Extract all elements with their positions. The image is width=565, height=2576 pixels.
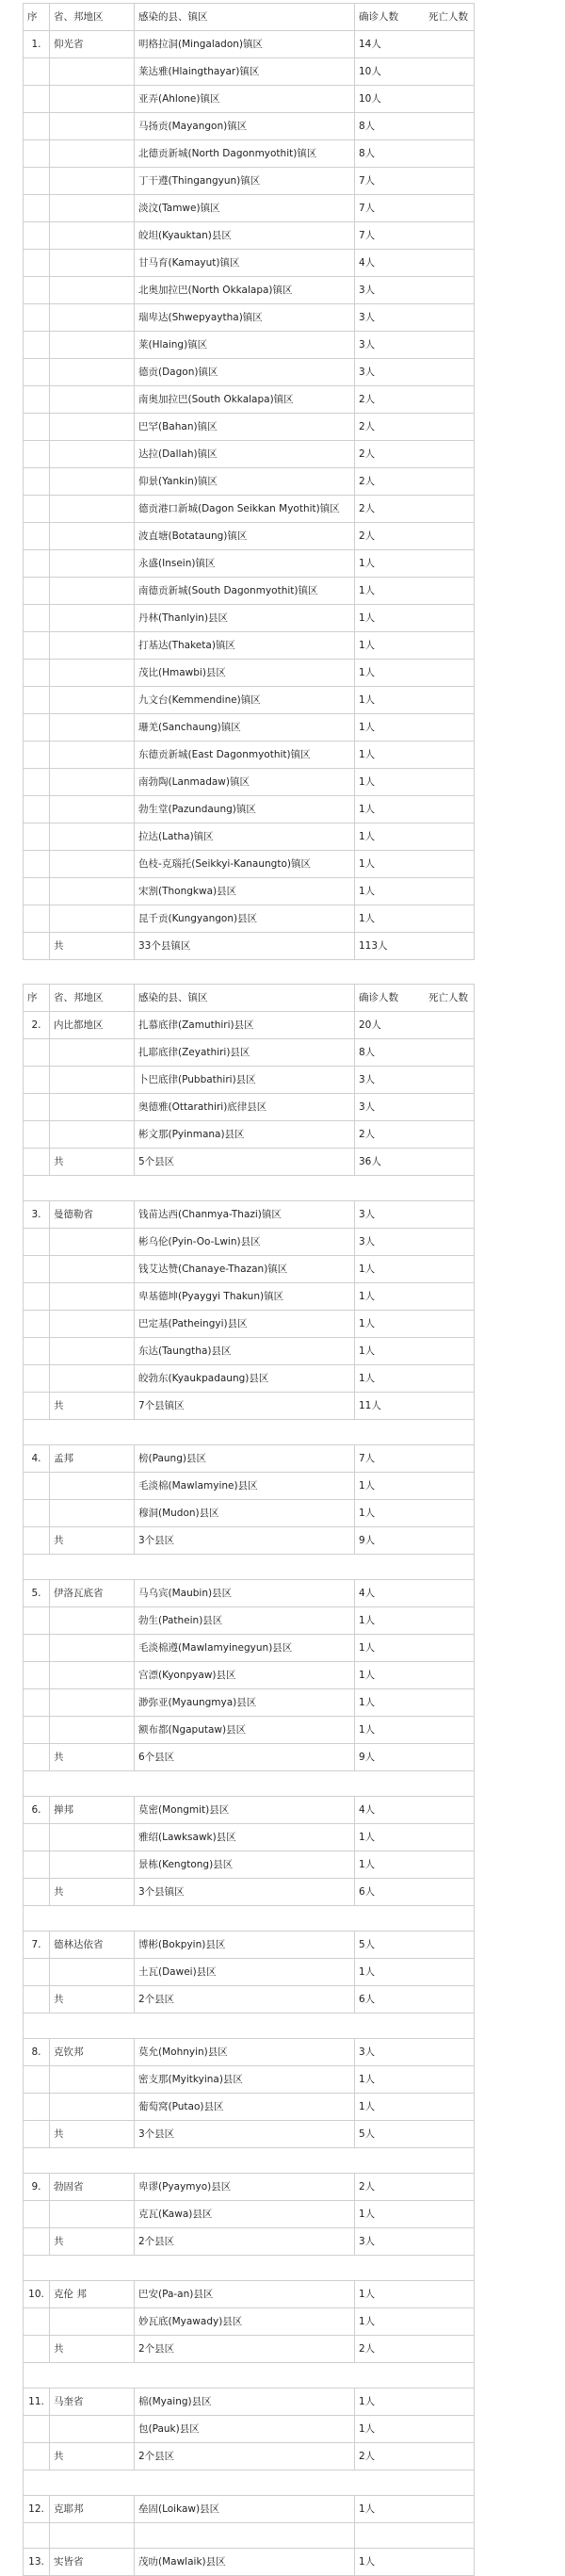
confirmed-cell: 3人 <box>355 277 475 304</box>
table-row: 土瓦(Dawei)县区1人 <box>24 1959 475 1986</box>
region-cell <box>50 332 135 359</box>
seq-cell <box>24 605 50 632</box>
seq-cell <box>24 1393 50 1420</box>
table-row: 拉达(Latha)镇区1人 <box>24 823 475 851</box>
seq-cell <box>24 250 50 277</box>
table-row: 12.克耶邦垒固(Loikaw)县区1人 <box>24 2496 475 2523</box>
total-row: 共33个县镇区113人 <box>24 933 475 960</box>
confirmed-cell: 1人 <box>355 1689 475 1717</box>
region-cell <box>50 222 135 250</box>
spacer-row <box>24 1771 475 1797</box>
district-cell: 昆千贡(Kungyangon)县区 <box>135 905 355 933</box>
spacer-cell <box>24 1555 475 1580</box>
total-label: 共 <box>50 1744 135 1771</box>
district-cell: 奥德雅(Ottarathiri)底律县区 <box>135 1094 355 1121</box>
seq-cell <box>24 140 50 168</box>
confirmed-cell: 1人 <box>355 2308 475 2336</box>
confirmed-cell: 1人 <box>355 1256 475 1283</box>
seq-cell <box>24 2066 50 2094</box>
table-row: 卑基德坤(Pyaygyi Thakun)镇区1人 <box>24 1283 475 1311</box>
seq-cell <box>24 1338 50 1365</box>
table-row: 3.曼德勒省钱苗达西(Chanmya-Thazi)镇区3人 <box>24 1201 475 1229</box>
seq-cell: 9. <box>24 2174 50 2201</box>
table-row: 1.仰光省明格拉洞(Mingaladon)镇区14人 <box>24 31 475 58</box>
seq-cell <box>24 58 50 86</box>
total-confirmed: 5人 <box>355 2121 475 2148</box>
table-row: 妙瓦底(Myawady)县区1人 <box>24 2308 475 2336</box>
total-confirmed: 11人 <box>355 1393 475 1420</box>
confirmed-cell: 3人 <box>355 1067 475 1094</box>
region-cell <box>50 1851 135 1879</box>
seq-cell: 13. <box>24 2549 50 2576</box>
seq-cell: 6. <box>24 1797 50 1824</box>
district-cell: 棉(Myaing)县区 <box>135 2389 355 2416</box>
total-label: 共 <box>50 1149 135 1176</box>
table-row: 卜巴底律(Pubbathiri)县区3人 <box>24 1067 475 1094</box>
confirmed-cell: 7人 <box>355 1445 475 1473</box>
confirmed-cell: 1人 <box>355 1717 475 1744</box>
seq-cell: 2. <box>24 1012 50 1039</box>
regions-table: 序 省、邦地区 感染的县、镇区 确诊人数 死亡人数 2.内比都地区扎慕底律(Za… <box>23 984 475 2576</box>
total-districts: 2个县区 <box>135 2336 355 2363</box>
table-row: 德贡(Dagon)镇区3人 <box>24 359 475 386</box>
seq-cell <box>24 2094 50 2121</box>
district-cell: 钱艾达赞(Chanaye-Thazan)镇区 <box>135 1256 355 1283</box>
district-cell: 克瓦(Kawa)县区 <box>135 2201 355 2228</box>
seq-cell <box>24 1149 50 1176</box>
confirmed-cell: 1人 <box>355 714 475 742</box>
confirmed-cell: 1人 <box>355 2066 475 2094</box>
seq-cell <box>24 468 50 496</box>
table-row: 穆洞(Mudon)县区1人 <box>24 1500 475 1527</box>
district-cell: 彬乌伦(Pyin-Oo-Lwin)县区 <box>135 1229 355 1256</box>
region-cell <box>50 386 135 414</box>
seq-cell <box>24 386 50 414</box>
district-cell: 打基达(Thaketa)镇区 <box>135 632 355 660</box>
district-cell: 茂叻(Mawlaik)县区 <box>135 2549 355 2576</box>
district-cell: 马乌宾(Maubin)县区 <box>135 1580 355 1607</box>
table-row: 淡汶(Tamwe)镇区7人 <box>24 195 475 222</box>
confirmed-cell: 3人 <box>355 1201 475 1229</box>
total-districts: 2个县区 <box>135 2228 355 2256</box>
header-counts: 确诊人数 死亡人数 <box>355 4 475 31</box>
region-cell: 实皆省 <box>50 2549 135 2576</box>
total-label: 共 <box>50 933 135 960</box>
confirmed-cell: 1人 <box>355 1824 475 1851</box>
district-cell: 包(Pauk)县区 <box>135 2416 355 2443</box>
table-row: 仰景(Yankin)镇区2人 <box>24 468 475 496</box>
region-cell <box>50 113 135 140</box>
table-row: 宫漂(Kyonpyaw)县区1人 <box>24 1662 475 1689</box>
seq-cell: 10. <box>24 2281 50 2308</box>
seq-cell <box>24 1689 50 1717</box>
seq-cell <box>24 1500 50 1527</box>
spacer-row <box>24 1906 475 1932</box>
total-label: 共 <box>50 2336 135 2363</box>
table-row: 4.孟邦榜(Paung)县区7人 <box>24 1445 475 1473</box>
total-row: 共3个县镇区6人 <box>24 1879 475 1906</box>
table-row: 毛淡棉(Mawlamyine)县区1人 <box>24 1473 475 1500</box>
district-cell: 巴罕(Bahan)镇区 <box>135 414 355 441</box>
confirmed-cell: 1人 <box>355 2496 475 2523</box>
confirmed-cell: 1人 <box>355 550 475 578</box>
table-row: 瑞卑达(Shwepyaytha)镇区3人 <box>24 304 475 332</box>
region-cell <box>50 1283 135 1311</box>
total-label: 共 <box>50 2228 135 2256</box>
table-row: 勃生堂(Pazundaung)镇区1人 <box>24 796 475 823</box>
district-cell: 彬文那(Pyinmana)县区 <box>135 1121 355 1149</box>
spacer-cell <box>24 1176 475 1201</box>
total-label: 共 <box>50 1393 135 1420</box>
district-cell: 穆洞(Mudon)县区 <box>135 1500 355 1527</box>
table-row: 莱达雅(Hlaingthayar)镇区10人 <box>24 58 475 86</box>
total-confirmed: 36人 <box>355 1149 475 1176</box>
region-cell: 仰光省 <box>50 31 135 58</box>
seq-cell <box>24 823 50 851</box>
table-row: 雅绍(Lawksawk)县区1人 <box>24 1824 475 1851</box>
total-confirmed: 6人 <box>355 1879 475 1906</box>
district-cell: 淡汶(Tamwe)镇区 <box>135 195 355 222</box>
table-row: 扎耶底律(Zeyathiri)县区8人 <box>24 1039 475 1067</box>
region-cell <box>50 496 135 523</box>
confirmed-cell: 2人 <box>355 468 475 496</box>
confirmed-cell: 8人 <box>355 1039 475 1067</box>
confirmed-cell: 1人 <box>355 1607 475 1635</box>
table-row: 色枝-克瑙托(Seikkyi-Kanaungto)镇区1人 <box>24 851 475 878</box>
total-label: 共 <box>50 1986 135 2014</box>
region-cell <box>50 304 135 332</box>
region-cell <box>50 168 135 195</box>
confirmed-cell: 3人 <box>355 2039 475 2066</box>
table-row: 钱艾达赞(Chanaye-Thazan)镇区1人 <box>24 1256 475 1283</box>
region-cell <box>50 2201 135 2228</box>
seq-cell <box>24 1229 50 1256</box>
confirmed-cell: 4人 <box>355 1580 475 1607</box>
seq-cell <box>24 195 50 222</box>
seq-cell <box>24 687 50 714</box>
district-cell: 卑基德坤(Pyaygyi Thakun)镇区 <box>135 1283 355 1311</box>
confirmed-cell: 2人 <box>355 1121 475 1149</box>
district-cell: 明格拉洞(Mingaladon)镇区 <box>135 31 355 58</box>
seq-cell <box>24 742 50 769</box>
region-cell <box>50 660 135 687</box>
total-row: 共7个县镇区11人 <box>24 1393 475 1420</box>
district-cell: 拉达(Latha)镇区 <box>135 823 355 851</box>
district-cell: 皎坦(Kyauktan)县区 <box>135 222 355 250</box>
total-row: 共2个县区6人 <box>24 1986 475 2014</box>
district-cell: 丁干遵(Thingangyun)镇区 <box>135 168 355 195</box>
confirmed-cell: 1人 <box>355 1283 475 1311</box>
table-row: 彬乌伦(Pyin-Oo-Lwin)县区3人 <box>24 1229 475 1256</box>
region-cell <box>50 687 135 714</box>
seq-cell <box>24 769 50 796</box>
seq-cell <box>24 304 50 332</box>
total-label: 共 <box>50 2121 135 2148</box>
district-cell: 瑞卑达(Shwepyaytha)镇区 <box>135 304 355 332</box>
seq-cell <box>24 332 50 359</box>
seq-cell <box>24 441 50 468</box>
table-row: 东德贡新城(East Dagonmyothit)镇区1人 <box>24 742 475 769</box>
table-row: 莱(Hlaing)镇区3人 <box>24 332 475 359</box>
confirmed-cell: 1人 <box>355 878 475 905</box>
confirmed-cell: 3人 <box>355 359 475 386</box>
region-cell: 掸邦 <box>50 1797 135 1824</box>
district-cell: 茂比(Hmawbi)县区 <box>135 660 355 687</box>
confirmed-cell: 1人 <box>355 1338 475 1365</box>
table-row: 彬文那(Pyinmana)县区2人 <box>24 1121 475 1149</box>
region-cell <box>50 1500 135 1527</box>
table-row: 茂比(Hmawbi)县区1人 <box>24 660 475 687</box>
district-cell: 渺弥亚(Myaungmya)县区 <box>135 1689 355 1717</box>
seq-cell <box>24 1744 50 1771</box>
confirmed-cell: 20人 <box>355 1012 475 1039</box>
seq-cell <box>24 1365 50 1393</box>
seq-cell <box>24 632 50 660</box>
district-cell: 雅绍(Lawksawk)县区 <box>135 1824 355 1851</box>
confirmed-cell: 2人 <box>355 441 475 468</box>
table-row: 奥德雅(Ottarathiri)底律县区3人 <box>24 1094 475 1121</box>
seq-cell <box>24 1039 50 1067</box>
region-cell <box>50 1635 135 1662</box>
table-row: 波直塘(Botataung)镇区2人 <box>24 523 475 550</box>
district-cell: 毛淡棉遵(Mawlamyinegyun)县区 <box>135 1635 355 1662</box>
confirmed-cell: 7人 <box>355 195 475 222</box>
confirmed-cell: 1人 <box>355 2201 475 2228</box>
district-cell: 莱达雅(Hlaingthayar)镇区 <box>135 58 355 86</box>
region-cell <box>50 1094 135 1121</box>
seq-cell: 8. <box>24 2039 50 2066</box>
spacer-cell <box>24 2523 50 2549</box>
table-row: 6.掸邦莫密(Mongmit)县区4人 <box>24 1797 475 1824</box>
header-confirmed: 确诊人数 <box>359 992 398 1003</box>
region-cell <box>50 905 135 933</box>
total-districts: 3个县镇区 <box>135 1879 355 1906</box>
spacer-row <box>24 1420 475 1445</box>
district-cell: 扎慕底律(Zamuthiri)县区 <box>135 1012 355 1039</box>
region-cell <box>50 605 135 632</box>
seq-cell: 7. <box>24 1932 50 1959</box>
district-cell: 达拉(Dallah)镇区 <box>135 441 355 468</box>
region-cell <box>50 1607 135 1635</box>
total-districts: 33个县镇区 <box>135 933 355 960</box>
seq-cell <box>24 714 50 742</box>
seq-cell: 5. <box>24 1580 50 1607</box>
spacer-row <box>24 2014 475 2039</box>
seq-cell <box>24 1527 50 1555</box>
total-label: 共 <box>50 2443 135 2470</box>
header-counts: 确诊人数 死亡人数 <box>355 985 475 1012</box>
region-cell: 克伦 邦 <box>50 2281 135 2308</box>
document: 序 省、邦地区 感染的县、镇区 确诊人数 死亡人数 1.仰光省明格拉洞(Ming… <box>0 0 565 2576</box>
spacer-cell <box>24 2363 475 2389</box>
header-confirmed: 确诊人数 <box>359 11 398 23</box>
seq-cell <box>24 2336 50 2363</box>
region-cell <box>50 823 135 851</box>
district-cell: 扎耶底律(Zeyathiri)县区 <box>135 1039 355 1067</box>
region-cell <box>50 1256 135 1283</box>
table-row: 达拉(Dallah)镇区2人 <box>24 441 475 468</box>
total-districts: 3个县区 <box>135 2121 355 2148</box>
table-row: 渺弥亚(Myaungmya)县区1人 <box>24 1689 475 1717</box>
spacer-cell <box>24 1906 475 1932</box>
region-cell <box>50 523 135 550</box>
seq-cell <box>24 933 50 960</box>
confirmed-cell: 3人 <box>355 1229 475 1256</box>
seq-cell <box>24 1851 50 1879</box>
header-district: 感染的县、镇区 <box>135 985 355 1012</box>
total-confirmed: 113人 <box>355 933 475 960</box>
spacer-row <box>24 2470 475 2496</box>
total-row: 共6个县区9人 <box>24 1744 475 1771</box>
region-cell <box>50 1959 135 1986</box>
header-seq: 序 <box>24 4 50 31</box>
seq-cell <box>24 1635 50 1662</box>
confirmed-cell: 1人 <box>355 1851 475 1879</box>
confirmed-cell: 7人 <box>355 168 475 195</box>
table-row: 包(Pauk)县区1人 <box>24 2416 475 2443</box>
table-row: 九文台(Kemmendine)镇区1人 <box>24 687 475 714</box>
region-cell <box>50 1824 135 1851</box>
confirmed-cell: 1人 <box>355 1473 475 1500</box>
confirmed-cell: 4人 <box>355 1797 475 1824</box>
confirmed-cell: 2人 <box>355 523 475 550</box>
table-row: 2.内比都地区扎慕底律(Zamuthiri)县区20人 <box>24 1012 475 1039</box>
district-cell: 亚弄(Ahlone)镇区 <box>135 86 355 113</box>
confirmed-cell: 8人 <box>355 140 475 168</box>
confirmed-cell: 1人 <box>355 605 475 632</box>
total-row: 共3个县区5人 <box>24 2121 475 2148</box>
district-cell: 卑谬(Pyaymyo)县区 <box>135 2174 355 2201</box>
district-cell: 北德贡新城(North Dagonmyothit)镇区 <box>135 140 355 168</box>
spacer-cell <box>24 2014 475 2039</box>
region-cell <box>50 796 135 823</box>
region-cell <box>50 2308 135 2336</box>
seq-cell <box>24 1824 50 1851</box>
confirmed-cell: 10人 <box>355 86 475 113</box>
confirmed-cell: 1人 <box>355 660 475 687</box>
district-cell: 宋割(Thongkwa)县区 <box>135 878 355 905</box>
spacer-cell <box>24 1771 475 1797</box>
region-cell <box>50 2094 135 2121</box>
region-cell <box>50 1338 135 1365</box>
region-cell <box>50 414 135 441</box>
region-cell: 德林达依省 <box>50 1932 135 1959</box>
header-deaths: 死亡人数 <box>428 992 468 1003</box>
region-cell <box>50 550 135 578</box>
district-cell: 德贡(Dagon)镇区 <box>135 359 355 386</box>
confirmed-cell: 1人 <box>355 851 475 878</box>
seq-cell <box>24 2416 50 2443</box>
seq-cell <box>24 851 50 878</box>
district-cell: 南德贡新城(South Dagonmyothit)镇区 <box>135 578 355 605</box>
total-row: 共2个县区2人 <box>24 2443 475 2470</box>
total-districts: 2个县区 <box>135 1986 355 2014</box>
total-districts: 7个县镇区 <box>135 1393 355 1420</box>
seq-cell <box>24 578 50 605</box>
district-cell: 榜(Paung)县区 <box>135 1445 355 1473</box>
seq-cell <box>24 796 50 823</box>
district-cell: 甘马育(Kamayut)镇区 <box>135 250 355 277</box>
total-districts: 5个县区 <box>135 1149 355 1176</box>
region-cell <box>50 578 135 605</box>
confirmed-cell: 1人 <box>355 687 475 714</box>
region-cell <box>50 468 135 496</box>
confirmed-cell: 3人 <box>355 1094 475 1121</box>
region-cell: 马奎省 <box>50 2389 135 2416</box>
district-cell: 葡萄窝(Putao)县区 <box>135 2094 355 2121</box>
confirmed-cell: 1人 <box>355 2094 475 2121</box>
region-cell <box>50 86 135 113</box>
region-cell <box>50 195 135 222</box>
seq-cell <box>24 414 50 441</box>
district-cell: 额布都(Ngaputaw)县区 <box>135 1717 355 1744</box>
table-row: 克瓦(Kawa)县区1人 <box>24 2201 475 2228</box>
total-districts: 2个县区 <box>135 2443 355 2470</box>
table-row: 东达(Taungtha)县区1人 <box>24 1338 475 1365</box>
table-row: 7.德林达依省博彬(Bokpyin)县区5人 <box>24 1932 475 1959</box>
total-confirmed: 9人 <box>355 1744 475 1771</box>
district-cell: 妙瓦底(Myawady)县区 <box>135 2308 355 2336</box>
region-cell: 曼德勒省 <box>50 1201 135 1229</box>
table-row: 勃生(Pathein)县区1人 <box>24 1607 475 1635</box>
district-cell: 东达(Taungtha)县区 <box>135 1338 355 1365</box>
header-row: 序 省、邦地区 感染的县、镇区 确诊人数 死亡人数 <box>24 4 475 31</box>
spacer-cell <box>135 2523 355 2549</box>
seq-cell: 1. <box>24 31 50 58</box>
confirmed-cell: 1人 <box>355 1311 475 1338</box>
table-row: 葡萄窝(Putao)县区1人 <box>24 2094 475 2121</box>
confirmed-cell: 1人 <box>355 1635 475 1662</box>
seq-cell: 3. <box>24 1201 50 1229</box>
table-row: 巴定基(Patheingyi)县区1人 <box>24 1311 475 1338</box>
total-label: 共 <box>50 1879 135 1906</box>
confirmed-cell: 1人 <box>355 2389 475 2416</box>
spacer-row <box>24 2363 475 2389</box>
region-cell <box>50 1311 135 1338</box>
district-cell: 永盛(Insein)镇区 <box>135 550 355 578</box>
region-cell <box>50 742 135 769</box>
region-cell: 克耶邦 <box>50 2496 135 2523</box>
header-district: 感染的县、镇区 <box>135 4 355 31</box>
region-cell <box>50 250 135 277</box>
district-cell: 皎勃东(Kyaukpadaung)县区 <box>135 1365 355 1393</box>
seq-cell <box>24 523 50 550</box>
region-cell <box>50 2066 135 2094</box>
table-row: 珊羌(Sanchaung)镇区1人 <box>24 714 475 742</box>
total-confirmed: 6人 <box>355 1986 475 2014</box>
seq-cell <box>24 277 50 304</box>
spacer-row <box>24 1176 475 1201</box>
confirmed-cell: 3人 <box>355 304 475 332</box>
confirmed-cell: 1人 <box>355 1365 475 1393</box>
confirmed-cell: 2人 <box>355 2174 475 2201</box>
confirmed-cell: 7人 <box>355 222 475 250</box>
spacer-row <box>24 1555 475 1580</box>
confirmed-cell: 1人 <box>355 769 475 796</box>
seq-cell: 12. <box>24 2496 50 2523</box>
seq-cell <box>24 1717 50 1744</box>
table-row: 11.马奎省棉(Myaing)县区1人 <box>24 2389 475 2416</box>
total-row: 共5个县区36人 <box>24 1149 475 1176</box>
region-cell: 孟邦 <box>50 1445 135 1473</box>
spacer-cell <box>24 2256 475 2281</box>
district-cell: 勃生堂(Pazundaung)镇区 <box>135 796 355 823</box>
total-confirmed: 9人 <box>355 1527 475 1555</box>
seq-cell: 11. <box>24 2389 50 2416</box>
district-cell: 宫漂(Kyonpyaw)县区 <box>135 1662 355 1689</box>
confirmed-cell: 1人 <box>355 742 475 769</box>
table-row: 南奥加拉巴(South Okkalapa)镇区2人 <box>24 386 475 414</box>
